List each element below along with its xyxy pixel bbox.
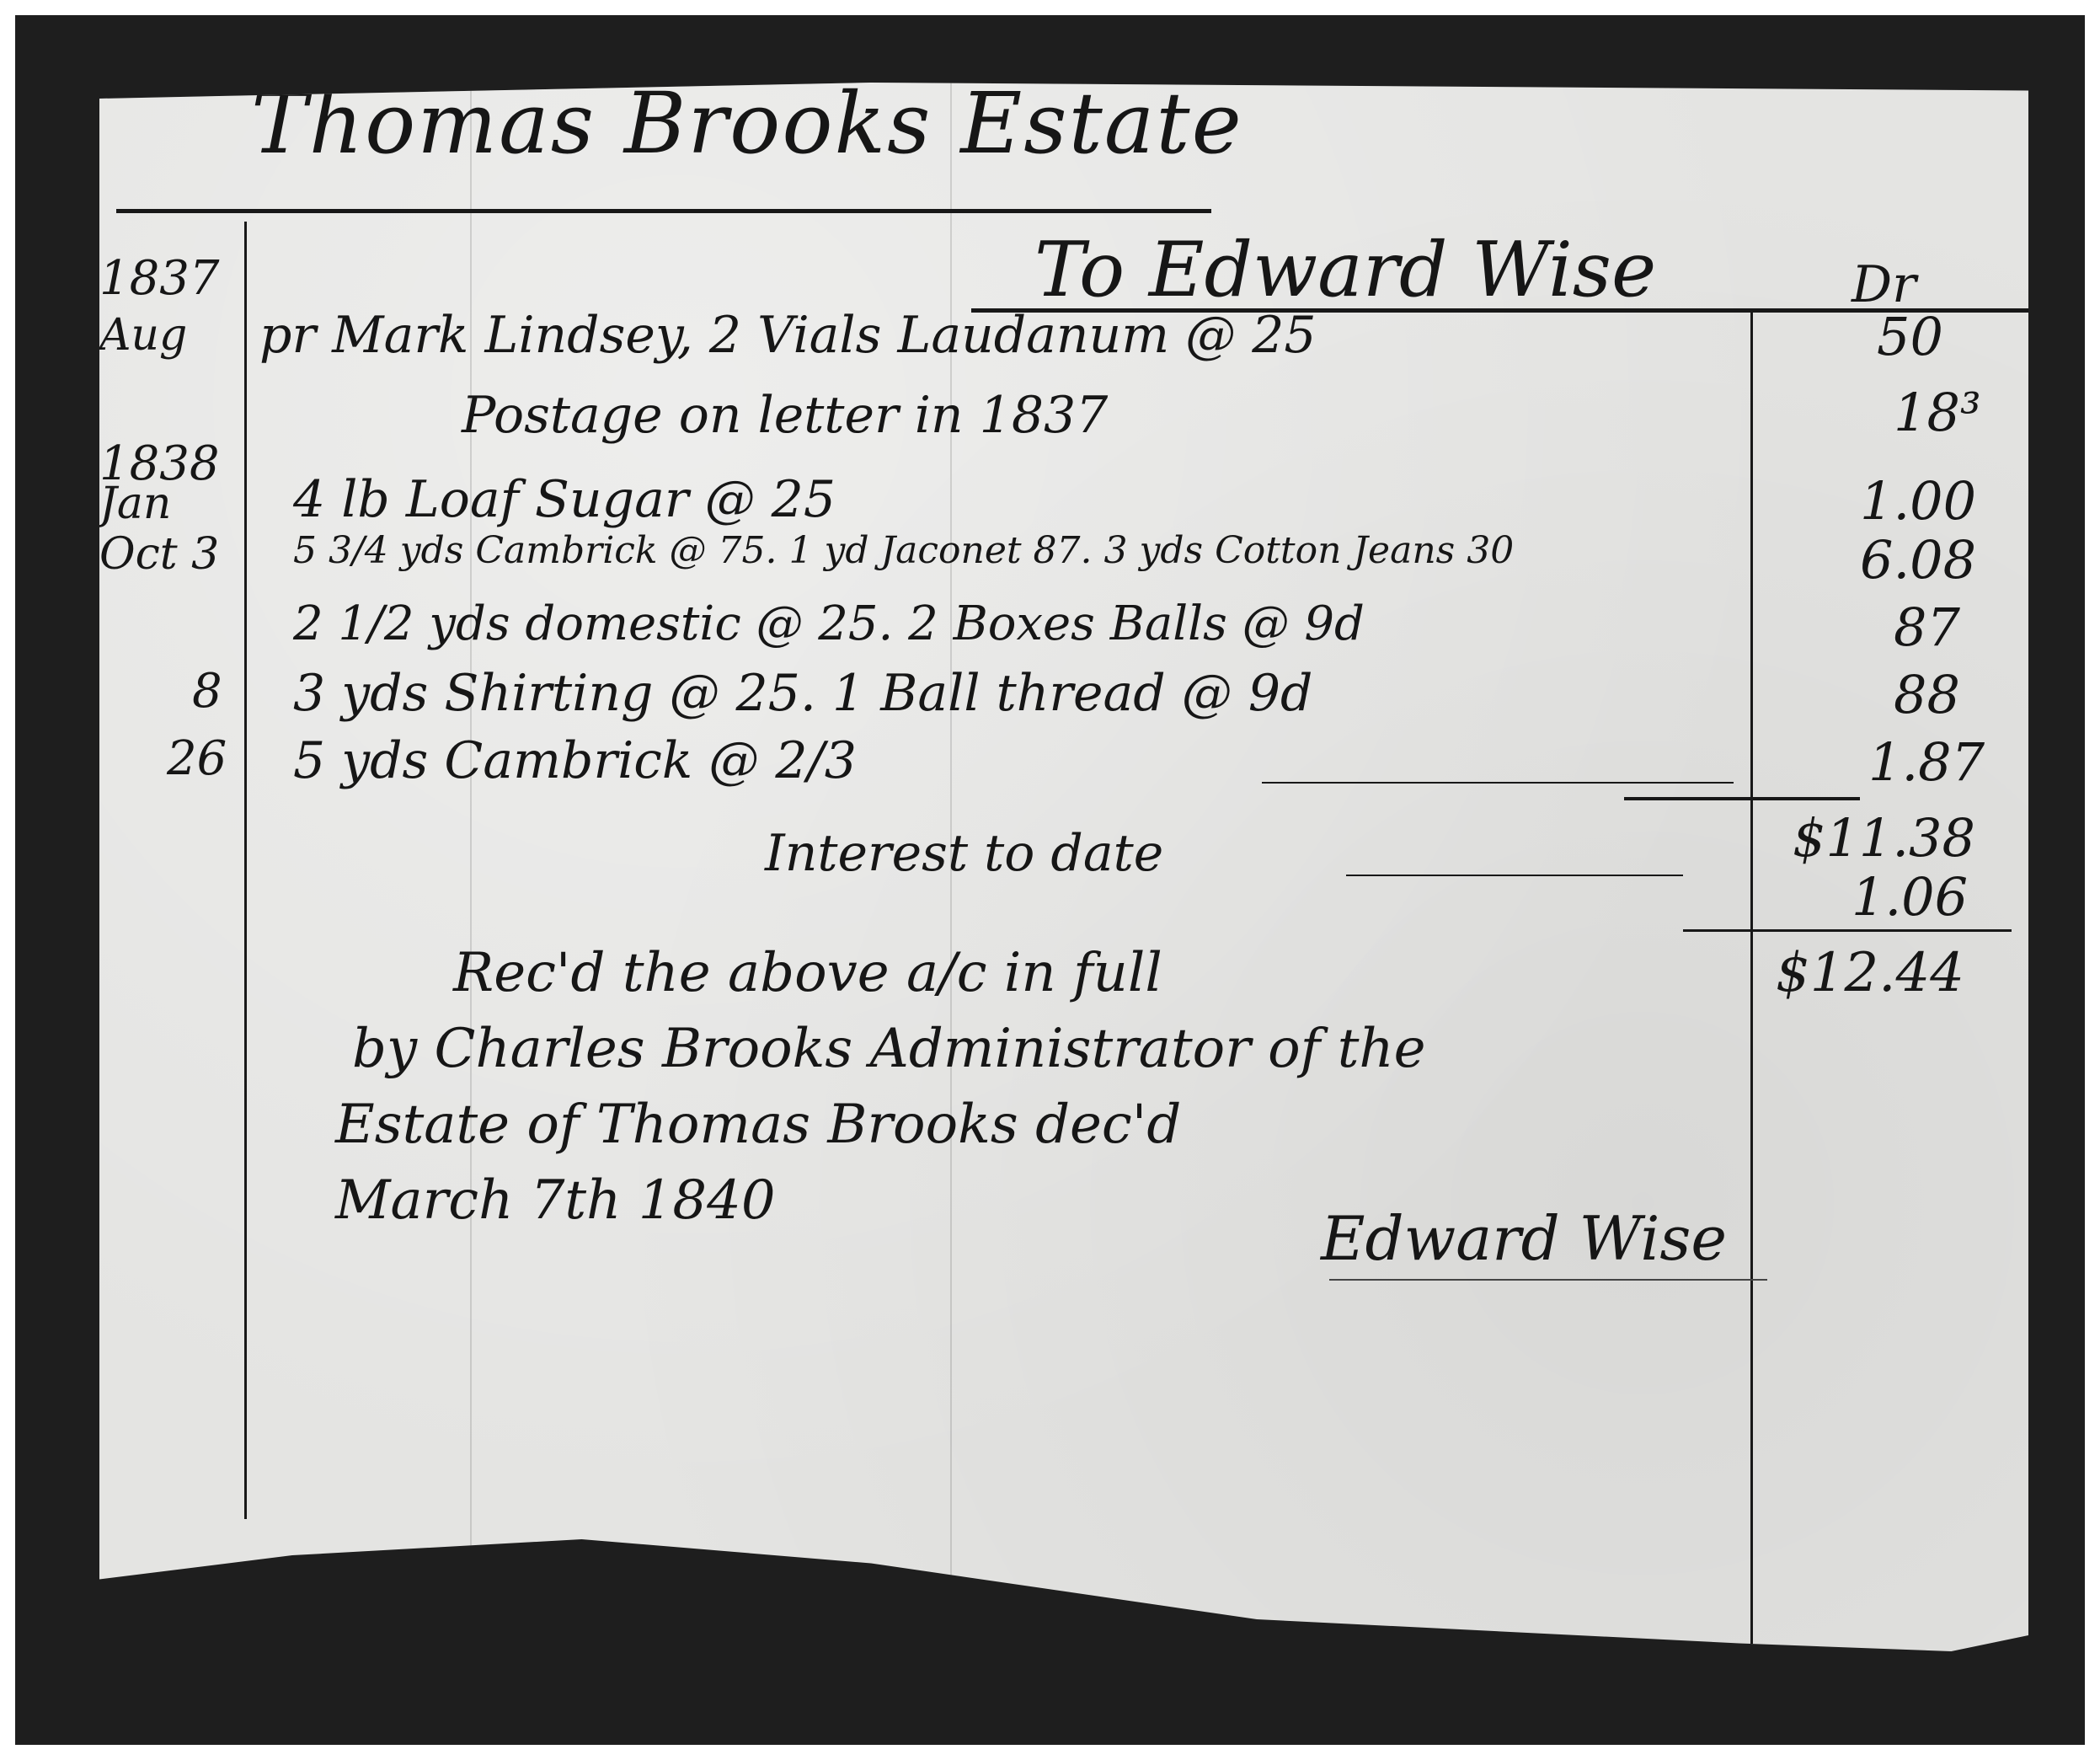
creditor-line: To Edward Wise xyxy=(1034,226,1656,314)
entry-description: 3 yds Shirting @ 25. 1 Ball thread @ 9d xyxy=(293,664,1312,723)
receipt-line-2: by Charles Brooks Administrator of the xyxy=(352,1018,1426,1080)
entry-amount: 6.08 xyxy=(1860,529,1976,591)
entry-description: pr Mark Lindsey, 2 Vials Laudanum @ 25 xyxy=(259,306,1317,365)
entry-date: Jan xyxy=(99,479,171,529)
margin-rule xyxy=(244,222,247,1519)
signature-flourish xyxy=(1329,1279,1767,1281)
entry-amount: 1.87 xyxy=(1868,731,1985,793)
receipt-date: March 7th 1840 xyxy=(335,1169,776,1232)
total-rule xyxy=(1683,929,2012,932)
fill-line xyxy=(1262,782,1734,784)
heading-underline xyxy=(116,209,1211,213)
entry-description: 2 1/2 yds domestic @ 25. 2 Boxes Balls @… xyxy=(293,596,1365,651)
entry-amount: 50 xyxy=(1877,306,1943,367)
scan-frame: Thomas Brooks Estate To Edward Wise Dr 1… xyxy=(15,15,2085,1745)
entry-description: 5 3/4 yds Cambrick @ 75. 1 yd Jaconet 87… xyxy=(293,529,1514,572)
entry-amount: 87 xyxy=(1894,596,1960,658)
entry-description: 4 lb Loaf Sugar @ 25 xyxy=(293,470,836,529)
entry-amount: 1.00 xyxy=(1860,470,1976,532)
entry-description: 5 yds Cambrick @ 2/3 xyxy=(293,731,857,790)
signature: Edward Wise xyxy=(1321,1203,1727,1274)
amount-column-rule xyxy=(1750,310,1753,1675)
heading: Thomas Brooks Estate xyxy=(251,74,1243,173)
interest-amount: 1.06 xyxy=(1852,866,1968,928)
fill-line xyxy=(1346,875,1683,876)
entry-amount: 18³ xyxy=(1894,382,1981,443)
receipt-line-1: Rec'd the above a/c in full xyxy=(453,942,1162,1004)
receipt-line-3: Estate of Thomas Brooks dec'd xyxy=(335,1094,1181,1156)
entry-date: Oct 3 xyxy=(99,529,219,580)
subtotal-amount: $11.38 xyxy=(1793,807,1975,869)
entry-date: 8 xyxy=(192,664,222,719)
total-amount: $12.44 xyxy=(1776,942,1964,1004)
year-1837: 1837 xyxy=(99,251,220,306)
document-paper: Thomas Brooks Estate To Edward Wise Dr 1… xyxy=(99,83,2028,1683)
interest-label: Interest to date xyxy=(765,824,1163,883)
subtotal-rule xyxy=(1624,797,1860,800)
entry-date: 26 xyxy=(167,731,227,786)
entry-date: Aug xyxy=(99,310,187,361)
entry-description: Postage on letter in 1837 xyxy=(462,386,1108,445)
entry-amount: 88 xyxy=(1894,664,1960,725)
